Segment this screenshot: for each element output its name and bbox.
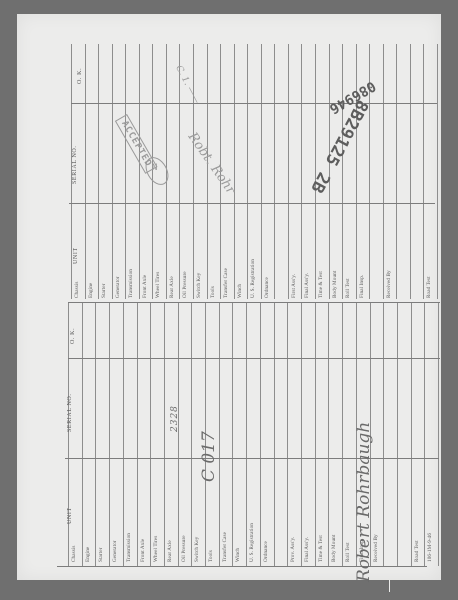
lower-table-top-border	[68, 302, 440, 303]
lower-row-label: Road Test	[414, 540, 420, 562]
row-rule-line	[315, 302, 316, 566]
row-rule-line	[423, 44, 424, 299]
row-rule-line	[193, 44, 194, 299]
upper-row-label: Starter	[101, 283, 107, 298]
upper-row-label: Roll Test	[345, 278, 351, 298]
lower-row-label: Transmission	[126, 533, 132, 562]
upper-row-label: Rear Axle	[169, 276, 175, 298]
row-rule-line	[383, 44, 384, 299]
upper-row-label: Generator	[115, 276, 121, 298]
lower-row-label: Ordnance	[263, 541, 269, 562]
row-rule-line	[85, 44, 86, 299]
lower-row-label: Roll Test	[345, 542, 351, 562]
upper-row-label: Switch Key	[196, 273, 202, 298]
row-rule-line	[261, 44, 262, 299]
upper-faint-note: C. 1. ——	[173, 64, 201, 106]
lower-row-label: Engine	[85, 547, 91, 562]
row-rule-line	[342, 44, 343, 299]
row-rule-line	[424, 302, 425, 566]
row-rule-line	[82, 302, 83, 566]
page-tear-mark	[389, 580, 390, 592]
upper-row-label: Engine	[88, 283, 94, 298]
row-rule-line	[397, 302, 398, 566]
upper-unit-serial-divider	[69, 203, 435, 204]
upper-row-label: Front Axle	[142, 275, 148, 298]
lower-row-label: Time & Test	[318, 535, 324, 562]
upper-row-label: Received By	[386, 270, 392, 298]
row-rule-line	[437, 44, 438, 299]
handwritten-signature: Robert Rohrbaugh	[354, 422, 374, 582]
row-rule-line	[383, 302, 384, 566]
row-rule-line	[234, 44, 235, 299]
upper-row-label: First Ass'y.	[291, 274, 297, 298]
scanned-form-page: UNIT SERIAL NO. O. K. UNIT SERIAL NO. O.…	[17, 14, 441, 580]
circle-mark-letter: N	[152, 163, 157, 173]
row-rule-line	[274, 302, 275, 566]
row-rule-line	[139, 44, 140, 299]
row-rule-line	[95, 302, 96, 566]
lower-row-label: Winch	[235, 548, 241, 562]
row-rule-line	[356, 44, 357, 299]
row-rule-line	[112, 44, 113, 299]
row-rule-line	[301, 44, 302, 299]
handwritten-serial-wheel-tires: 2328	[170, 405, 180, 432]
upper-header-serial: SERIAL NO.	[72, 146, 78, 184]
upper-row-label: Final Ass'y.	[304, 273, 310, 298]
row-rule-line	[98, 44, 99, 299]
lower-row-label: Body Mount	[331, 535, 337, 562]
upper-row-label: Winch	[237, 284, 243, 298]
upper-serial-ok-divider	[71, 103, 437, 104]
lower-row-label: Oil Pressure	[181, 535, 187, 562]
lower-serial-ok-divider	[68, 358, 440, 359]
row-rule-line	[178, 302, 179, 566]
upper-header-unit: UNIT	[73, 247, 79, 264]
upper-row-label: Final Insp.	[359, 275, 365, 298]
row-rule-line	[109, 302, 110, 566]
row-rule-line	[301, 302, 302, 566]
lower-row-label: Tools	[208, 550, 214, 562]
upper-row-label: Road Test	[426, 276, 432, 298]
row-rule-line	[260, 302, 261, 566]
upper-header-ok: O. K.	[77, 68, 83, 84]
lower-row-label: Transfer Case	[222, 532, 228, 562]
lower-row-label: 106-1M-9-46	[427, 533, 433, 562]
lower-row-label: Front Axle	[140, 539, 146, 562]
lower-row-label: Rear Axle	[167, 540, 173, 562]
upper-row-label: Transfer Case	[223, 268, 229, 298]
row-rule-line	[125, 44, 126, 299]
lower-header-ok: O. K.	[70, 328, 76, 344]
upper-row-label: Ordnance	[264, 277, 270, 298]
row-rule-line	[123, 302, 124, 566]
lower-row-label: Switch Key	[194, 537, 200, 562]
row-rule-line	[396, 44, 397, 299]
row-rule-line	[246, 302, 247, 566]
handwritten-serial-switch-key: C 017	[199, 431, 219, 482]
lower-header-unit: UNIT	[67, 507, 73, 524]
lower-header-serial: SERIAL NO.	[67, 394, 73, 432]
row-rule-line	[342, 302, 343, 566]
lower-row-label: U. S. Registration	[249, 523, 255, 562]
lower-row-label: Final Ass'y.	[304, 537, 310, 562]
upper-row-label: Oil Pressure	[182, 271, 188, 298]
row-rule-line	[274, 44, 275, 299]
upper-row-label: Tools	[210, 286, 216, 298]
lower-row-label: Starter	[98, 547, 104, 562]
row-rule-line	[68, 302, 69, 566]
upper-row-label: Transmission	[128, 269, 134, 298]
row-rule-line	[150, 302, 151, 566]
row-rule-line	[411, 302, 412, 566]
row-rule-line	[164, 302, 165, 566]
row-rule-line	[247, 44, 248, 299]
row-rule-line	[137, 302, 138, 566]
row-rule-line	[438, 302, 439, 566]
upper-row-label: Wheel Tires	[155, 272, 161, 298]
row-rule-line	[288, 44, 289, 299]
lower-row-label: Chassis	[71, 545, 77, 562]
upper-row-label: Chassis	[74, 281, 80, 298]
upper-row-label: U. S. Registration	[250, 259, 256, 298]
lower-row-label: Prov. Ass'y.	[290, 537, 296, 562]
row-rule-line	[232, 302, 233, 566]
row-rule-line	[287, 302, 288, 566]
upper-row-label: Time & Test	[318, 271, 324, 298]
lower-unit-serial-divider	[65, 458, 439, 459]
lower-row-label: Wheel Tires	[153, 536, 159, 562]
row-rule-line	[410, 44, 411, 299]
upper-row-label: Body Mount	[332, 271, 338, 298]
row-rule-line	[328, 302, 329, 566]
row-rule-line	[191, 302, 192, 566]
lower-row-label: Generator	[112, 540, 118, 562]
